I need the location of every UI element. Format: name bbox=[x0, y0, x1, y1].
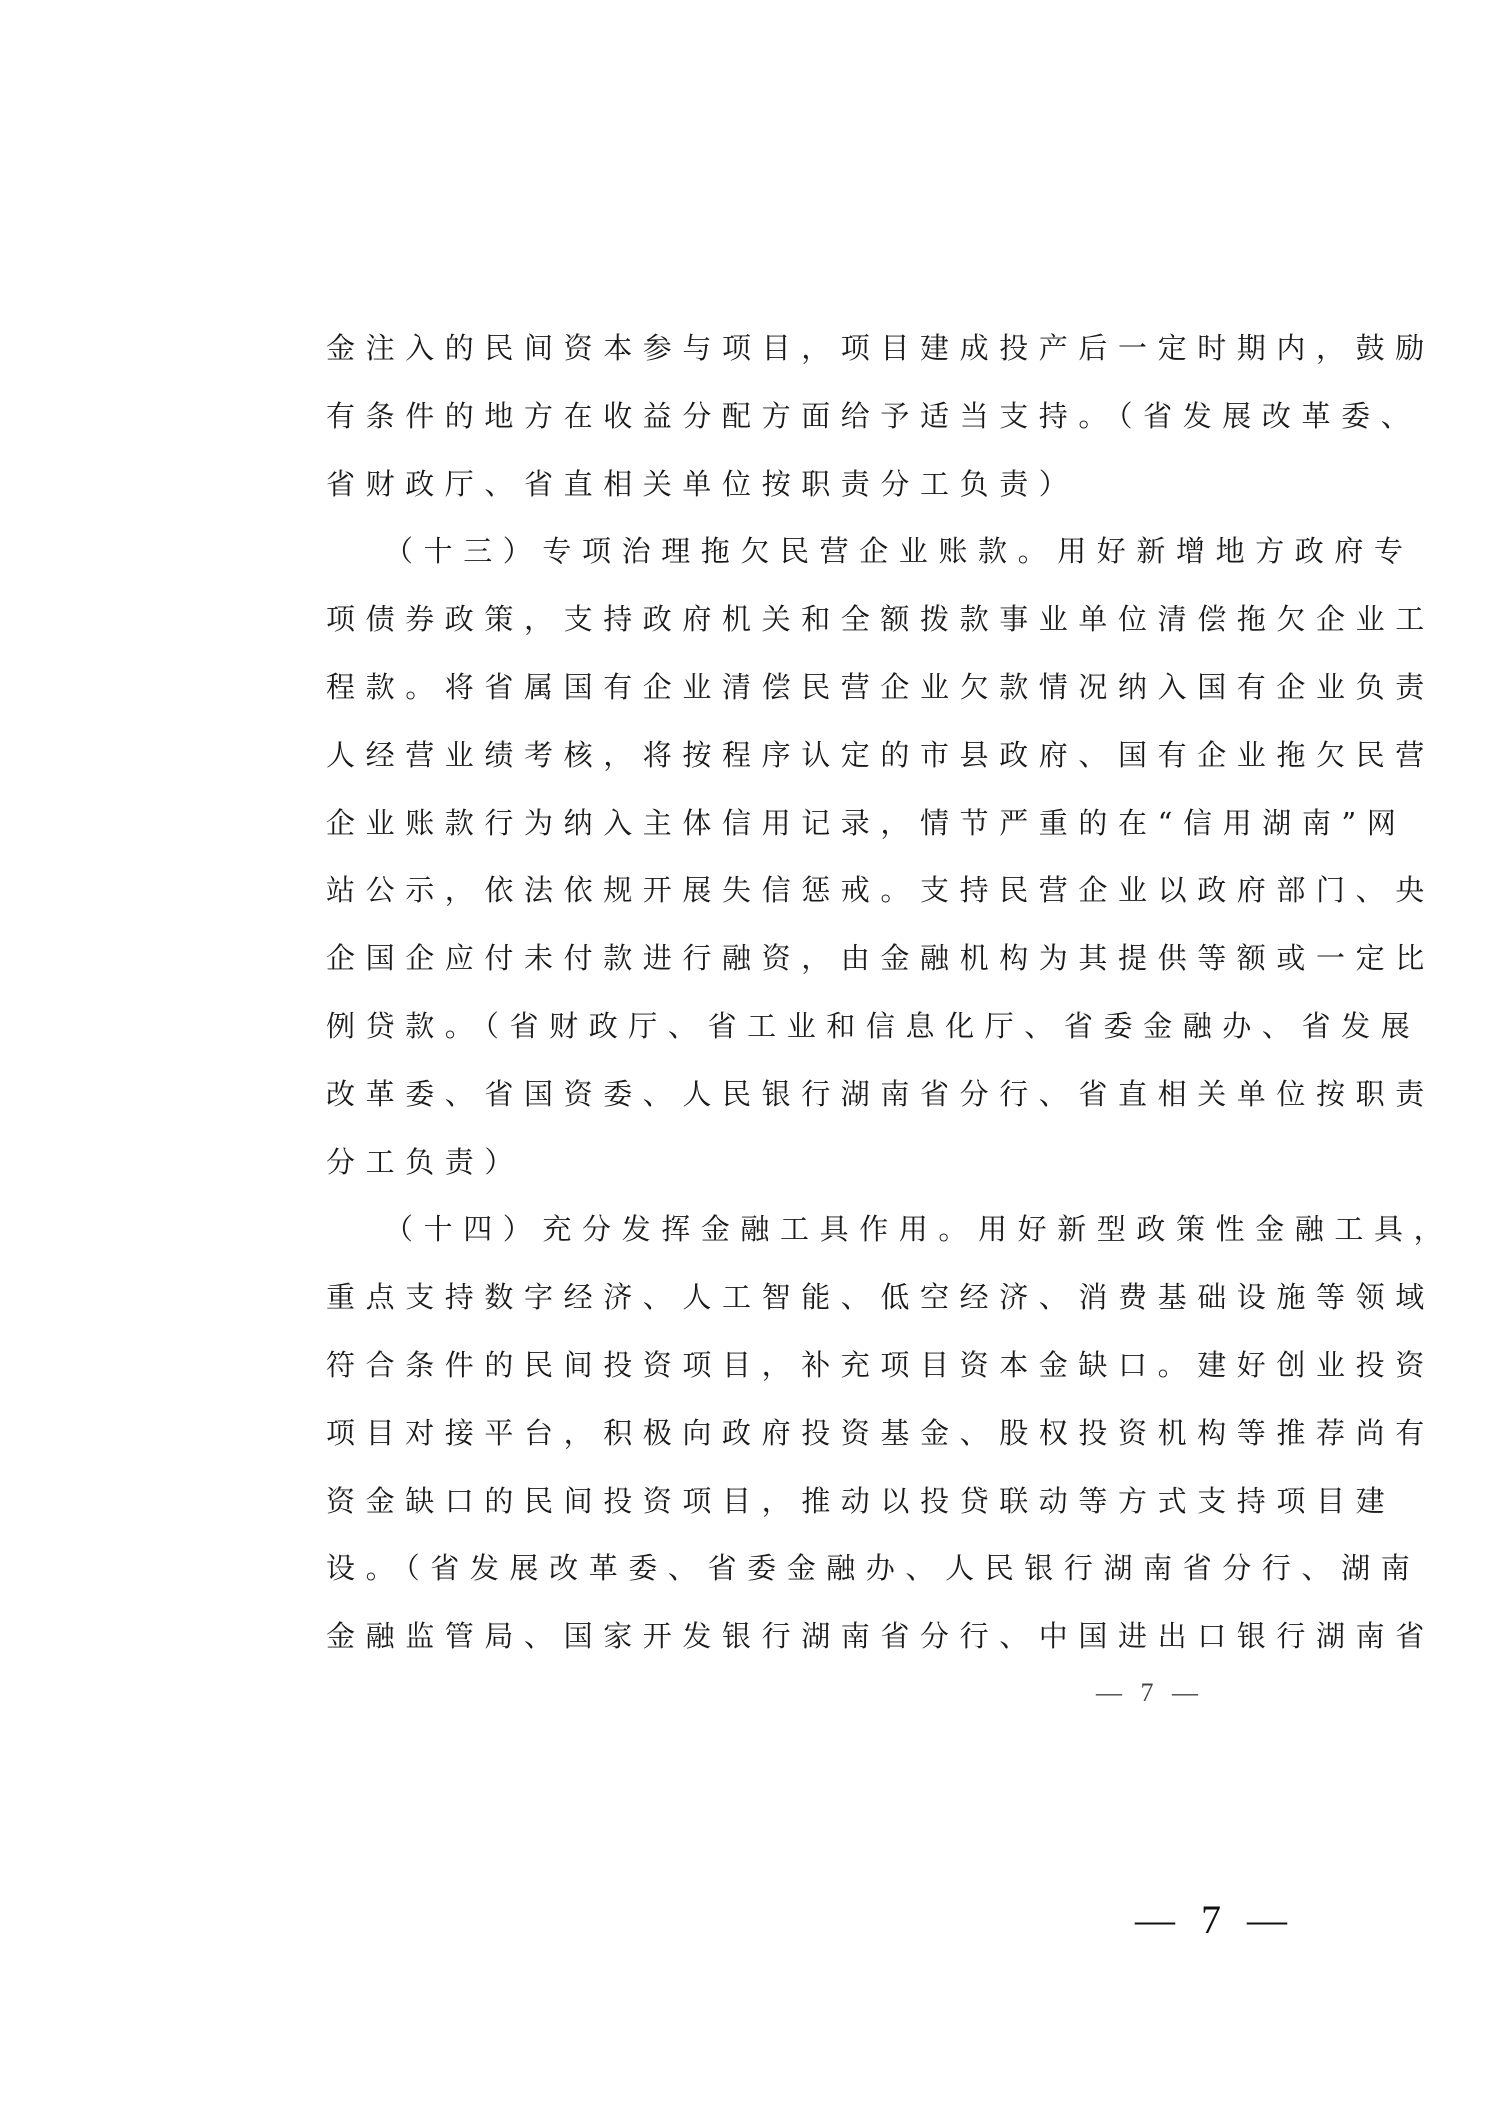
inner-page-number: — 7 — bbox=[1096, 1678, 1204, 1708]
text-line: 重点支持数字经济、人工智能、低空经济、消费基础设施等领域 bbox=[326, 1277, 1256, 1345]
text-line: 项目对接平台，积极向政府投资基金、股权投资机构等推荐尚有 bbox=[326, 1413, 1256, 1481]
page-number: — 7 — bbox=[1135, 1896, 1295, 1943]
text-line: 企业账款行为纳入主体信用记录，情节严重的在“信用湖南”网 bbox=[326, 803, 1256, 871]
text-line: 程款。将省属国有企业清偿民营企业欠款情况纳入国有企业负责 bbox=[326, 667, 1256, 735]
document-page: 金注入的民间资本参与项目，项目建成投产后一定时期内，鼓励 有条件的地方在收益分配… bbox=[0, 0, 1487, 2102]
text-line: 资金缺口的民间投资项目，推动以投贷联动等方式支持项目建 bbox=[326, 1481, 1256, 1549]
text-line: 分工负责） bbox=[326, 1142, 1256, 1210]
text-line: 企国企应付未付款进行融资，由金融机构为其提供等额或一定比 bbox=[326, 938, 1256, 1006]
text-line: 人经营业绩考核，将按程序认定的市县政府、国有企业拖欠民营 bbox=[326, 735, 1256, 803]
text-line: 有条件的地方在收益分配方面给予适当支持。（省发展改革委、 bbox=[326, 396, 1256, 464]
text-line: 设。（省发展改革委、省委金融办、人民银行湖南省分行、湖南 bbox=[326, 1548, 1256, 1616]
text-line: 金注入的民间资本参与项目，项目建成投产后一定时期内，鼓励 bbox=[326, 328, 1256, 396]
text-line: 例贷款。（省财政厅、省工业和信息化厅、省委金融办、省发展 bbox=[326, 1006, 1256, 1074]
text-line: 站公示，依法依规开展失信惩戒。支持民营企业以政府部门、央 bbox=[326, 870, 1256, 938]
body-text: 金注入的民间资本参与项目，项目建成投产后一定时期内，鼓励 有条件的地方在收益分配… bbox=[326, 328, 1256, 1684]
text-line: 项债券政策，支持政府机关和全额拨款事业单位清偿拖欠企业工 bbox=[326, 599, 1256, 667]
text-line: 改革委、省国资委、人民银行湖南省分行、省直相关单位按职责 bbox=[326, 1074, 1256, 1142]
section-heading-13: （十三）专项治理拖欠民营企业账款。用好新增地方政府专 bbox=[326, 531, 1256, 599]
text-line: 金融监管局、国家开发银行湖南省分行、中国进出口银行湖南省 bbox=[326, 1616, 1256, 1684]
text-line: 省财政厅、省直相关单位按职责分工负责） bbox=[326, 464, 1256, 532]
section-heading-14: （十四）充分发挥金融工具作用。用好新型政策性金融工具， bbox=[326, 1209, 1256, 1277]
text-line: 符合条件的民间投资项目，补充项目资本金缺口。建好创业投资 bbox=[326, 1345, 1256, 1413]
